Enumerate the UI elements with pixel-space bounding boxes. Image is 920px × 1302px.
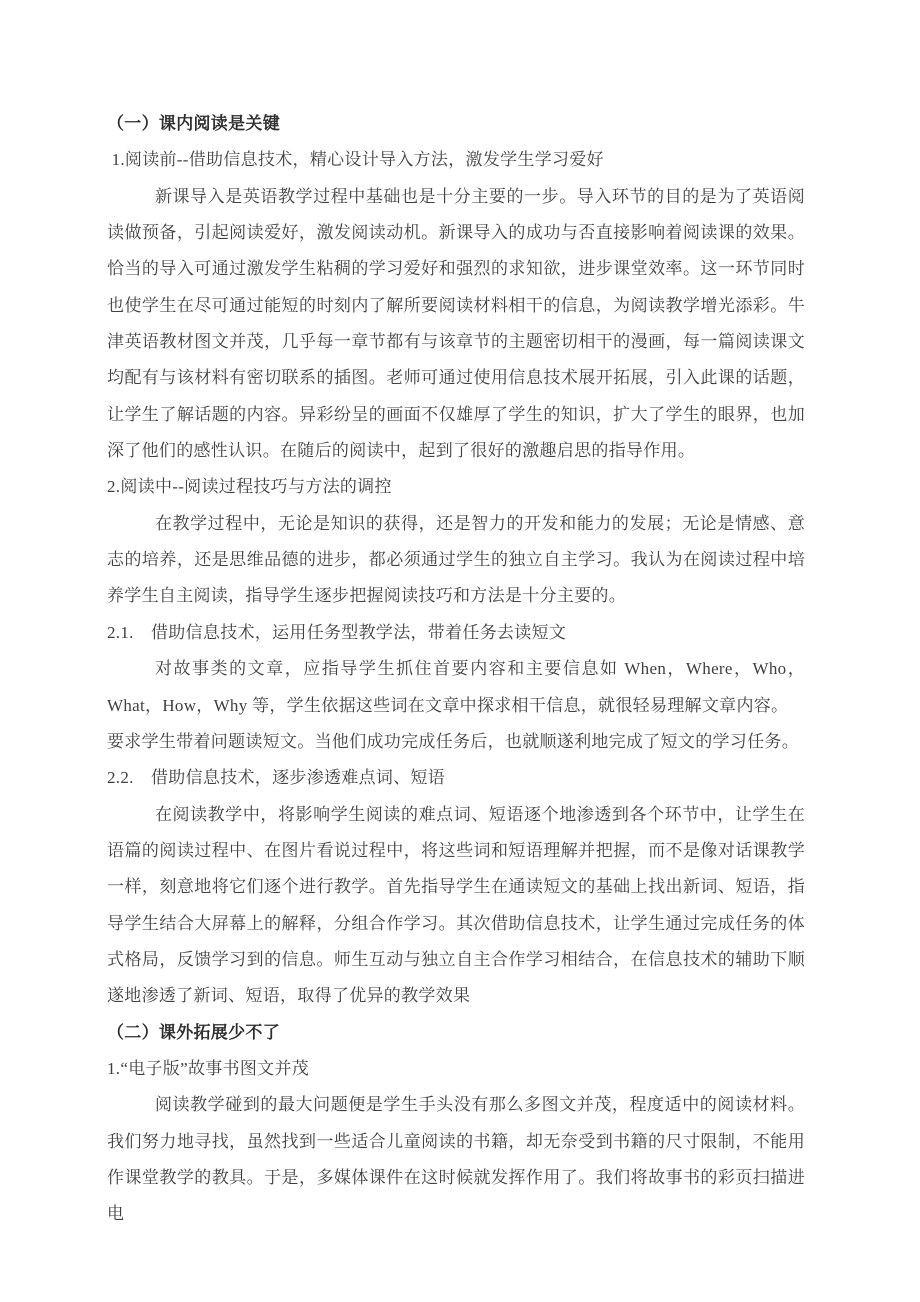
document-body: （一）课内阅读是关键 1.阅读前--借助信息技术，精心设计导入方法，激发学生学习… [107,106,805,1233]
paragraph: 在教学过程中，无论是知识的获得，还是智力的开发和能力的发展；无论是情感、意志的培… [107,506,805,615]
paragraph: 1.阅读前--借助信息技术，精心设计导入方法，激发学生学习爱好 [107,142,805,178]
paragraph: 要求学生带着问题读短文。当他们成功完成任务后，也就顺遂利地完成了短文的学习任务。 [107,724,805,760]
paragraph: 2.阅读中--阅读过程技巧与方法的调控 [107,469,805,505]
paragraph: 对故事类的文章，应指导学生抓住首要内容和主要信息如 When，Where，Who… [107,651,805,724]
paragraph: 2.1. 借助信息技术，运用任务型教学法，带着任务去读短文 [107,615,805,651]
paragraph: 2.2. 借助信息技术，逐步渗透难点词、短语 [107,760,805,796]
paragraph: 新课导入是英语教学过程中基础也是十分主要的一步。导入环节的目的是为了英语阅读做预… [107,179,805,470]
paragraph: 阅读教学碰到的最大问题便是学生手头没有那么多图文并茂，程度适中的阅读材料。我们努… [107,1087,805,1232]
section-heading: （二）课外拓展少不了 [107,1015,805,1051]
document-page: （一）课内阅读是关键 1.阅读前--借助信息技术，精心设计导入方法，激发学生学习… [0,0,920,1302]
paragraph: 1.“电子版”故事书图文并茂 [107,1051,805,1087]
paragraph: 在阅读教学中，将影响学生阅读的难点词、短语逐个地渗透到各个环节中，让学生在语篇的… [107,797,805,1015]
section-heading: （一）课内阅读是关键 [107,106,805,142]
